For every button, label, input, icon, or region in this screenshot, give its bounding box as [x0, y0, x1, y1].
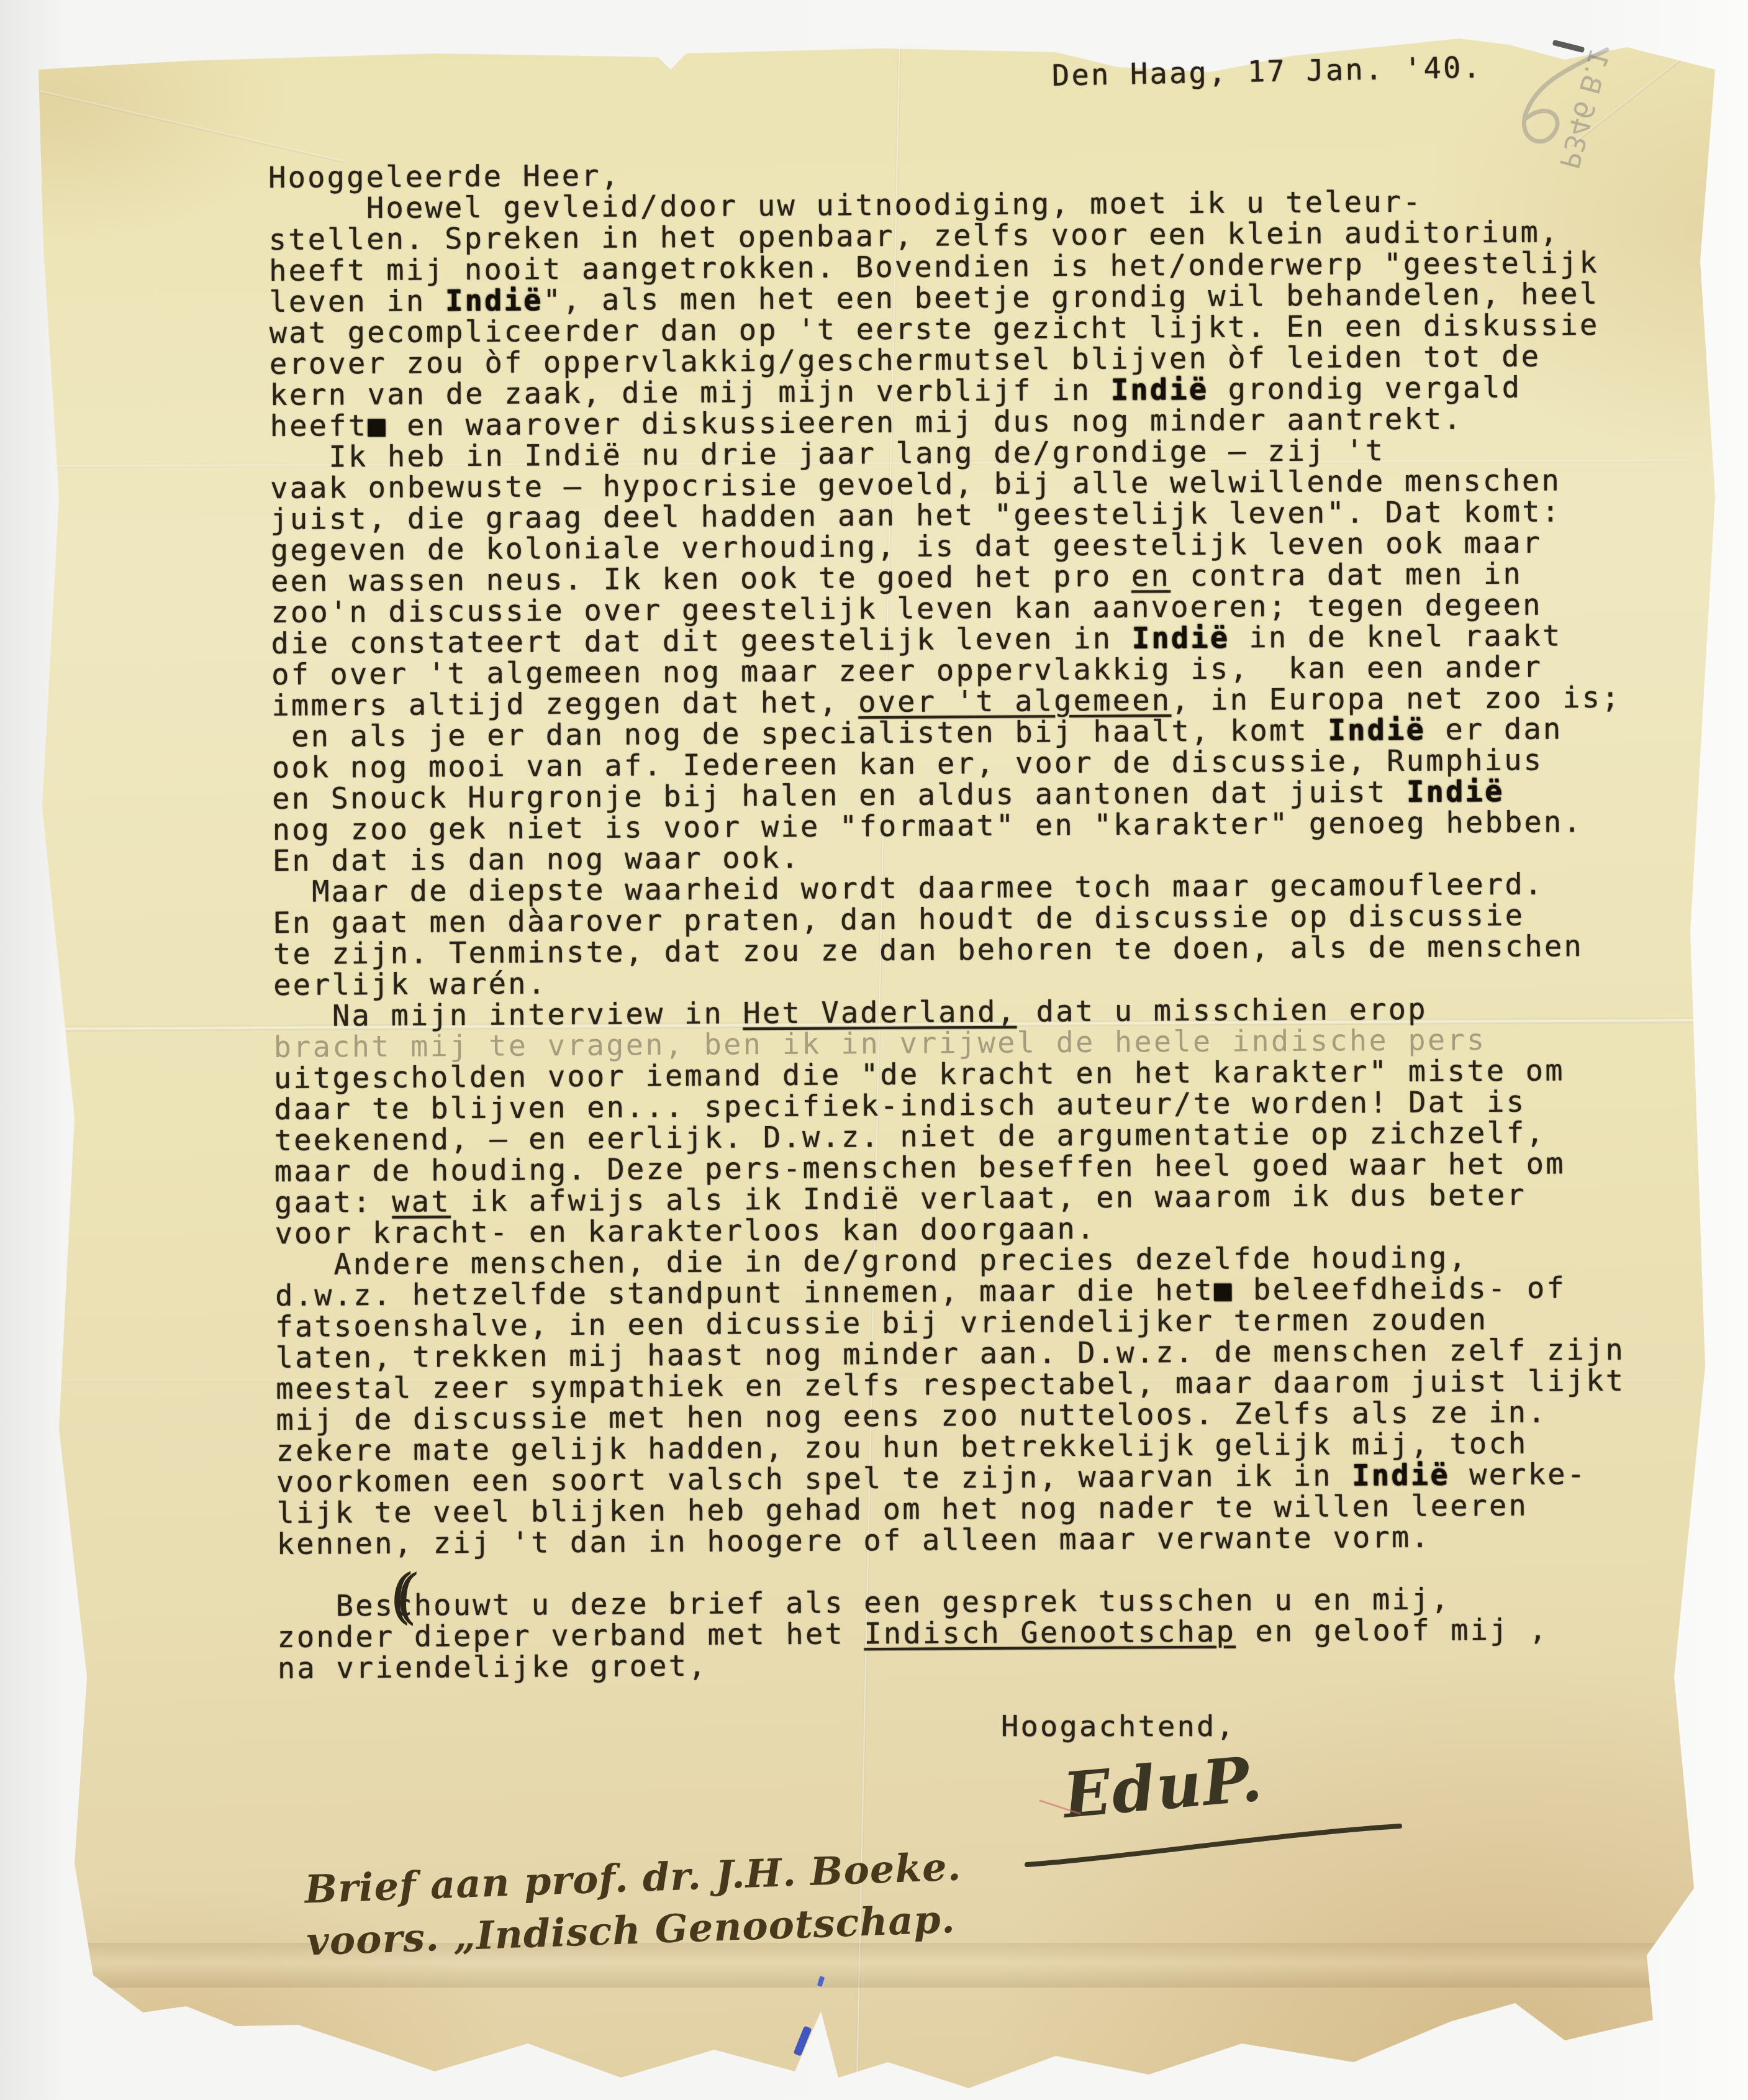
typewritten-line: zonder dieper verband met het Indisch Ge… — [277, 1614, 1627, 1653]
typewritten-line: te zijn. Tenminste, dat zou ze dan behor… — [273, 931, 1623, 970]
scanned-letter-page: { "scan": { "paper_color": "#ece3b6", "i… — [0, 0, 1748, 2100]
typewritten-line: kennen, zij 't dan in hoogere of alleen … — [276, 1521, 1626, 1560]
pencil-squiggle-mark — [1483, 43, 1619, 217]
letter-body: Hooggeleerde Heer, Hoewel gevleid/door u… — [268, 155, 1627, 1684]
closing-salutation: Hoogachtend, — [1001, 1709, 1236, 1743]
wrinkle-top-left — [29, 88, 344, 163]
typewritten-line: nog zoo gek niet is voor wie "formaat" e… — [272, 807, 1622, 846]
